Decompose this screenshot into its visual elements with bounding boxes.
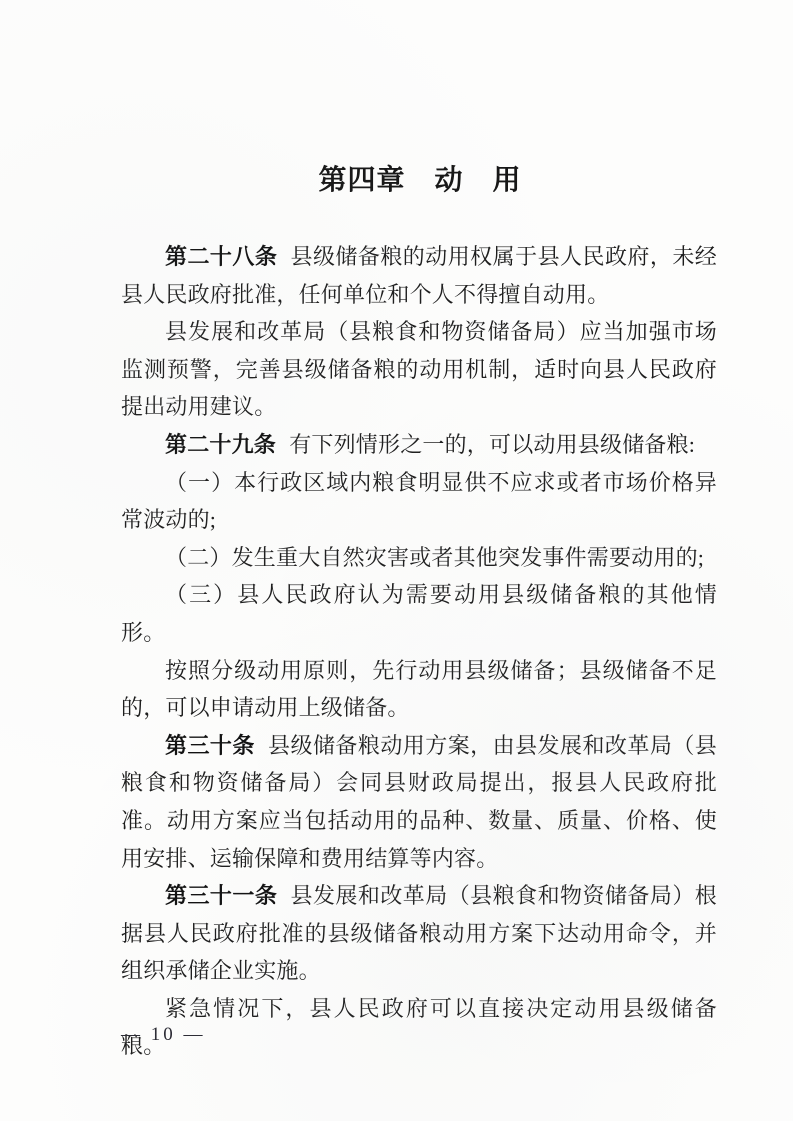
paragraph: 第二十八条县级储备粮的动用权属于县人民政府，未经县人民政府批准，任何单位和个人不… (121, 238, 717, 313)
paragraph: （三）县人民政府认为需要动用县级储备粮的其他情形。 (121, 576, 717, 651)
paragraph-text: （三）县人民政府认为需要动用县级储备粮的其他情形。 (121, 582, 717, 645)
article-number: 第二十九条 (165, 432, 276, 457)
article-number: 第三十条 (165, 733, 255, 758)
paragraph: 县发展和改革局（县粮食和物资储备局）应当加强市场监测预警，完善县级储备粮的动用机… (121, 313, 717, 426)
page-number: — 10 — (121, 1024, 206, 1046)
paragraph: （一）本行政区域内粮食明显供不应求或者市场价格异常波动的; (121, 464, 717, 539)
paragraph: （二）发生重大自然灾害或者其他突发事件需要动用的; (121, 539, 717, 577)
article-number: 第三十一条 (165, 883, 277, 908)
paragraph-text: 按照分级动用原则，先行动用县级储备；县级储备不足的，可以申请动用上级储备。 (121, 658, 717, 721)
paragraph-text: （二）发生重大自然灾害或者其他突发事件需要动用的; (165, 545, 704, 570)
paragraph-text: （一）本行政区域内粮食明显供不应求或者市场价格异常波动的; (121, 470, 717, 533)
paragraph-text: 紧急情况下，县人民政府可以直接决定动用县级储备粮。 (121, 996, 717, 1059)
paragraph: 第二十九条有下列情形之一的，可以动用县级储备粮: (121, 426, 717, 464)
chapter-title: 第四章 动 用 (122, 160, 718, 202)
paragraph-text: 县发展和改革局（县粮食和物资储备局）应当加强市场监测预警，完善县级储备粮的动用机… (121, 319, 717, 419)
article-number: 第二十八条 (165, 244, 277, 269)
paragraph-text: 有下列情形之一的，可以动用县级储备粮: (289, 432, 695, 457)
document-page: 第四章 动 用 第二十八条县级储备粮的动用权属于县人民政府，未经县人民政府批准，… (0, 0, 793, 1121)
paragraph: 按照分级动用原则，先行动用县级储备；县级储备不足的，可以申请动用上级储备。 (121, 652, 717, 727)
paragraph: 第三十一条县发展和改革局（县粮食和物资储备局）根据县人民政府批准的县级储备粮动用… (121, 877, 717, 990)
document-body: 第二十八条县级储备粮的动用权属于县人民政府，未经县人民政府批准，任何单位和个人不… (121, 238, 717, 1065)
paragraph: 第三十条县级储备粮动用方案，由县发展和改革局（县粮食和物资储备局）会同县财政局提… (121, 727, 717, 877)
paragraph: 紧急情况下，县人民政府可以直接决定动用县级储备粮。 (121, 990, 717, 1065)
